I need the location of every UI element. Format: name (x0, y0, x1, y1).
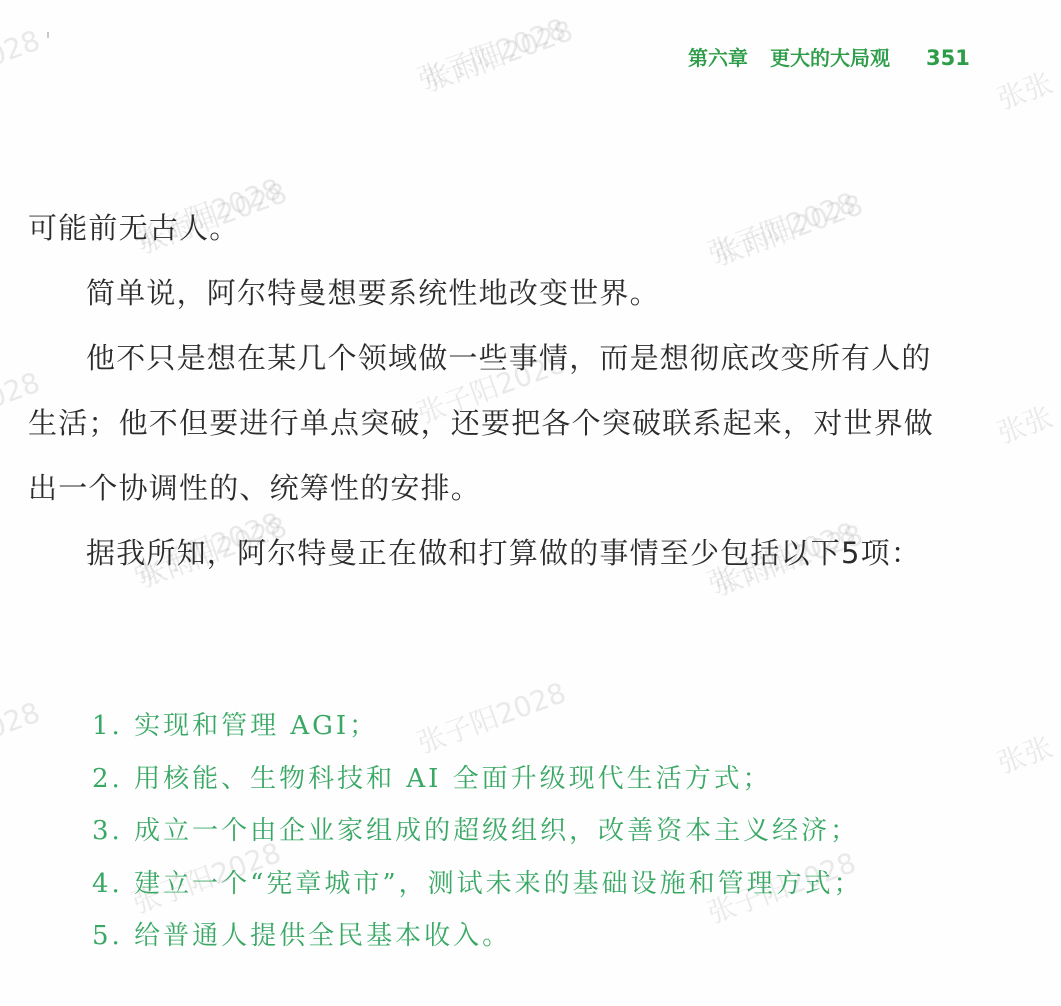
chapter-label: 第六章 (688, 42, 748, 71)
paragraph: 可能前无古人。 (28, 196, 938, 261)
watermark: 张张 (991, 725, 1057, 782)
paragraph: 他不只是想在某几个领域做一些事情，而是想彻底改变所有人的生活；他不但要进行单点突… (28, 326, 938, 521)
watermark: 张张 (991, 61, 1057, 118)
book-page: 028 张子阳2028 张雨阳2028 张张 张子阳2028 张雨阳2028 张… (0, 0, 1061, 1006)
chapter-title: 更大的大局观 (770, 42, 890, 71)
page-number: 351 (926, 46, 970, 70)
paragraph: 据我所知，阿尔特曼正在做和打算做的事情至少包括以下5项： (28, 521, 938, 586)
watermark: 张雨阳2028 (418, 9, 578, 100)
watermark: 张子阳2028 (411, 7, 571, 98)
list-item: 3. 成立一个由企业家组成的超级组织，改善资本主义经济； (92, 805, 863, 858)
list-item: 2. 用核能、生物科技和 AI 全面升级现代生活方式； (92, 753, 863, 806)
paragraph: 简单说，阿尔特曼想要系统性地改变世界。 (28, 261, 938, 326)
list-item: 5. 给普通人提供全民基本收入。 (92, 910, 863, 963)
numbered-list: 1. 实现和管理 AGI； 2. 用核能、生物科技和 AI 全面升级现代生活方式… (92, 700, 863, 963)
list-item: 4. 建立一个“宪章城市”，测试未来的基础设施和管理方式； (92, 858, 863, 911)
scan-artifact (47, 32, 49, 38)
watermark: 028 (0, 696, 44, 745)
list-item: 1. 实现和管理 AGI； (92, 700, 863, 753)
watermark: 张张 (991, 395, 1057, 452)
watermark: 028 (0, 24, 44, 73)
running-header: 第六章 更大的大局观 351 (688, 42, 970, 71)
body-text: 可能前无古人。 简单说，阿尔特曼想要系统性地改变世界。 他不只是想在某几个领域做… (28, 196, 938, 586)
